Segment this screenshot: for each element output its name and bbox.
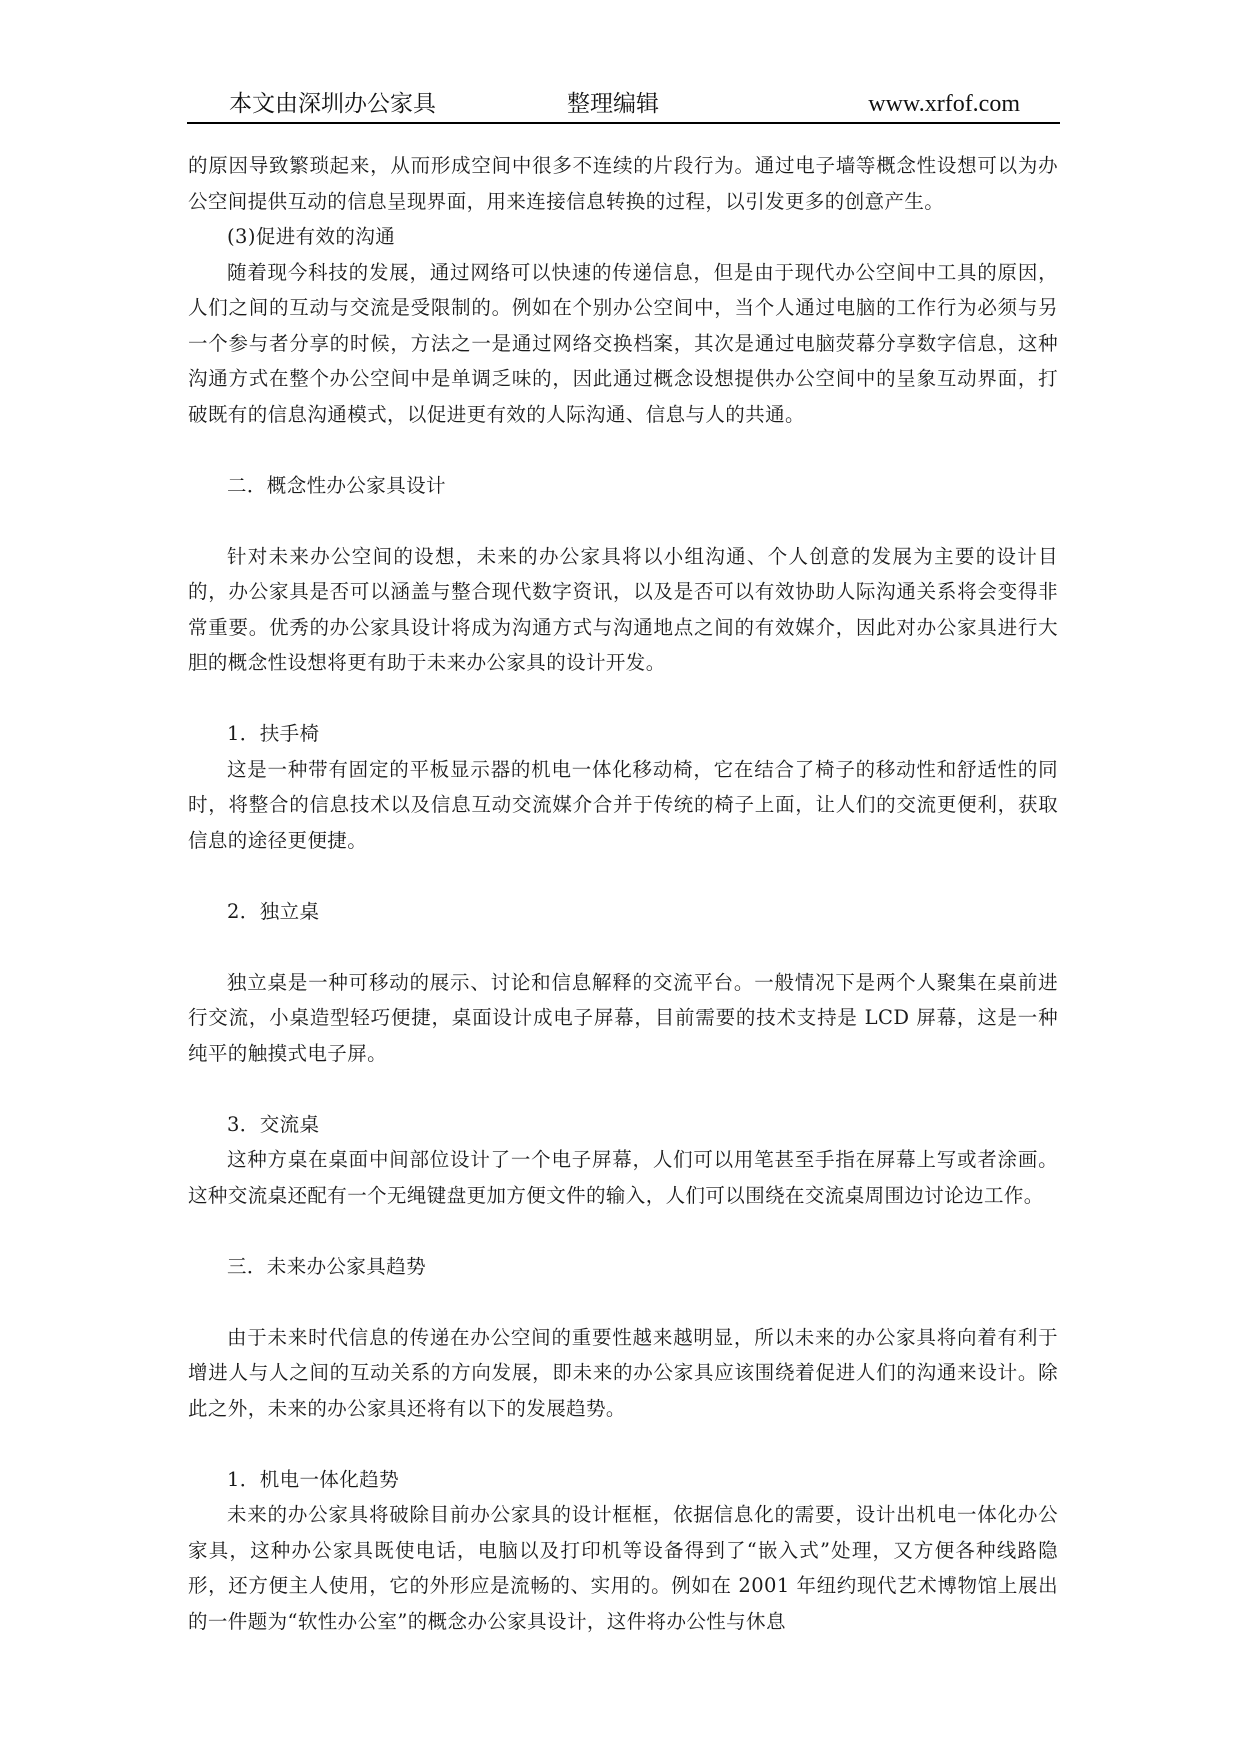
spacer bbox=[188, 1426, 1058, 1462]
trend-paragraph-mechatronics: 未来的办公家具将破除目前办公家具的设计框框，依据信息化的需要，设计出机电一体化办… bbox=[188, 1497, 1058, 1639]
spacer bbox=[188, 432, 1058, 468]
subsection-title-3: (3)促进有效的沟通 bbox=[188, 219, 1058, 255]
header-edit-text: 整理编辑 bbox=[567, 90, 659, 118]
section-paragraph-3: 由于未来时代信息的传递在办公空间的重要性越来越明显，所以未来的办公家具将向着有利… bbox=[188, 1320, 1058, 1427]
spacer bbox=[188, 681, 1058, 717]
item-title-communication-desk: 3．交流桌 bbox=[188, 1107, 1058, 1143]
spacer bbox=[188, 1213, 1058, 1249]
item-paragraph-standalone-desk: 独立桌是一种可移动的展示、讨论和信息解释的交流平台。一般情况下是两个人聚集在桌前… bbox=[188, 965, 1058, 1072]
spacer bbox=[188, 858, 1058, 894]
section-paragraph-2: 针对未来办公空间的设想，未来的办公家具将以小组沟通、个人创意的发展为主要的设计目… bbox=[188, 539, 1058, 681]
spacer bbox=[188, 1071, 1058, 1107]
spacer bbox=[188, 503, 1058, 539]
spacer bbox=[188, 929, 1058, 965]
trend-title-mechatronics: 1．机电一体化趋势 bbox=[188, 1462, 1058, 1498]
item-paragraph-communication-desk: 这种方桌在桌面中间部位设计了一个电子屏幕，人们可以用笔甚至手指在屏幕上写或者涂画… bbox=[188, 1142, 1058, 1213]
document-body: 的原因导致繁琐起来，从而形成空间中很多不连续的片段行为。通过电子墙等概念性设想可… bbox=[188, 148, 1058, 1639]
item-title-standalone-desk: 2．独立桌 bbox=[188, 894, 1058, 930]
header-source-text: 本文由深圳办公家具 bbox=[229, 90, 436, 118]
section-title-3: 三．未来办公家具趋势 bbox=[188, 1249, 1058, 1285]
section-title-2: 二．概念性办公家具设计 bbox=[188, 468, 1058, 504]
header-website-link[interactable]: www.xrfof.com bbox=[868, 90, 1020, 118]
item-paragraph-armchair: 这是一种带有固定的平板显示器的机电一体化移动椅，它在结合了椅子的移动性和舒适性的… bbox=[188, 752, 1058, 859]
subsection-paragraph-3: 随着现今科技的发展，通过网络可以快速的传递信息，但是由于现代办公空间中工具的原因… bbox=[188, 255, 1058, 433]
page-header: 本文由深圳办公家具 整理编辑 www.xrfof.com bbox=[187, 86, 1060, 124]
spacer bbox=[188, 1284, 1058, 1320]
item-title-armchair: 1．扶手椅 bbox=[188, 716, 1058, 752]
paragraph-continued: 的原因导致繁琐起来，从而形成空间中很多不连续的片段行为。通过电子墙等概念性设想可… bbox=[188, 148, 1058, 219]
